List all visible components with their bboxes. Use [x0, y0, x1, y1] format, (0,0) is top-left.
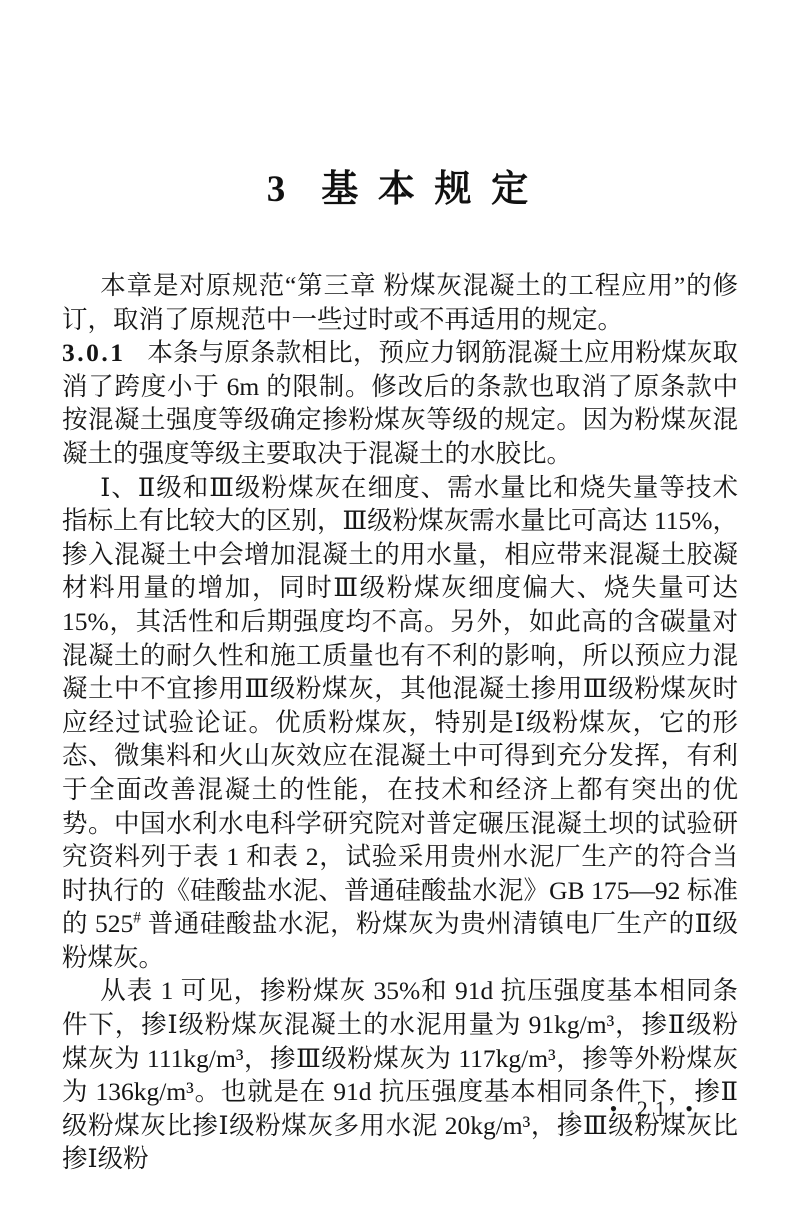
chapter-title-text: 基 本 规 定 — [321, 158, 533, 212]
table1-analysis-text: 从表 1 可见，掺粉煤灰 35%和 91d 抗压强度基本相同条件下，掺Ⅰ级粉煤灰… — [62, 976, 738, 1173]
chapter-number: 3 — [267, 168, 286, 211]
scan-speck — [570, 1110, 573, 1113]
paragraph-fly-ash-grades: Ⅰ、Ⅱ级和Ⅲ级粉煤灰在细度、需水量比和烧失量等技术指标上有比较大的区别，Ⅲ级粉煤… — [62, 471, 738, 975]
document-page: 3基 本 规 定 本章是对原规范“第三章 粉煤灰混凝土的工程应用”的修订，取消了… — [0, 0, 800, 1212]
body-text: 本章是对原规范“第三章 粉煤灰混凝土的工程应用”的修订，取消了原规范中一些过时或… — [62, 269, 738, 1176]
chapter-title: 3基 本 规 定 — [0, 158, 800, 212]
paragraph-table1-analysis: 从表 1 可见，掺粉煤灰 35%和 91d 抗压强度基本相同条件下，掺Ⅰ级粉煤灰… — [62, 974, 738, 1176]
grades-text-before-superscript: Ⅰ、Ⅱ级和Ⅲ级粉煤灰在细度、需水量比和烧失量等技术指标上有比较大的区别，Ⅲ级粉煤… — [62, 473, 738, 939]
page-number: • 21 • — [610, 1096, 700, 1122]
paragraph-intro: 本章是对原规范“第三章 粉煤灰混凝土的工程应用”的修订，取消了原规范中一些过时或… — [62, 269, 738, 336]
paragraph-intro-text: 本章是对原规范“第三章 粉煤灰混凝土的工程应用”的修订，取消了原规范中一些过时或… — [62, 271, 738, 334]
clause-text: 本条与原条款相比，预应力钢筋混凝土应用粉煤灰取消了跨度小于 6m 的限制。修改后… — [62, 338, 738, 468]
grades-text-after-superscript: 普通硅酸盐水泥，粉煤灰为贵州清镇电厂生产的Ⅱ级粉煤灰。 — [62, 909, 738, 972]
paragraph-clause-3-0-1: 3.0.1本条与原条款相比，预应力钢筋混凝土应用粉煤灰取消了跨度小于 6m 的限… — [62, 336, 738, 470]
clause-number: 3.0.1 — [62, 338, 126, 367]
superscript-hash: # — [133, 910, 141, 927]
